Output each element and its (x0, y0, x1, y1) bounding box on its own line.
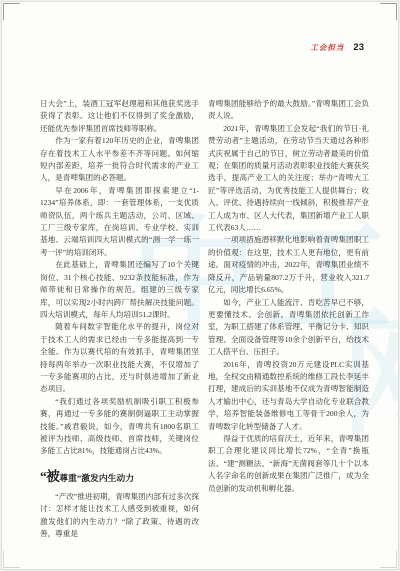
section-label: 工会担当 (310, 42, 344, 53)
body-paragraph: 2016年，青啤投资20万元建设PLC实训基地，全权交由精通数控系统的维修工段长… (208, 359, 369, 433)
corner-mark-top-left (3, 3, 20, 20)
corner-mark-bottom-right (380, 551, 397, 568)
body-paragraph: 日大会”上，装酒工冠军赵理超和其他获奖选手获得了表彰。这让他们不仅得到了奖金激励… (40, 98, 199, 135)
subhead-lead-char: “被 (40, 469, 59, 484)
running-header: 工会担当 23 (310, 42, 364, 53)
body-paragraph: 随着车间数字智能化水平的提升，岗位对于技术工人的需求已经由一专多能提高到一专全能… (40, 321, 199, 395)
corner-mark-bottom-left (3, 551, 20, 568)
subhead-rest: 尊重”激发内生动力 (59, 473, 134, 483)
body-paragraph: 早在2006年，青啤集团即探索建立“1-1234”培养体系，即：一套管理体系，一… (40, 185, 199, 259)
body-paragraph: 作为一家有着120年历史的企业，青啤集团存在着技术工人水平参差不齐等问题。如何缩… (40, 135, 199, 185)
left-column: 日大会”上，装酒工冠军赵理超和其他获奖选手获得了表彰。这让他们不仅得到了奖金激励… (40, 98, 199, 540)
body-paragraph: “产改”推进初期，青啤集团内部有过多次探讨：怎样才能让技术工人感受到被重视，如何… (40, 491, 199, 541)
body-paragraph: 得益于优质的培育沃土，近年来，青啤集团职工合理化建议同比增长72%，“全青”换瓶… (208, 433, 369, 495)
body-paragraph: 青啤集团能够给予的最大鼓励。”青啤集团工会负责人说。 (208, 98, 369, 123)
magazine-page: 工会担当 23 中工 网 日大会”上，装酒工冠军赵理超和其他获奖选手获得了表彰。… (1, 1, 399, 570)
page-number: 23 (353, 42, 364, 53)
body-paragraph: 一项项措施潜移默化地影响着青啤集团职工的价值观：在这里，技术工人更有地位，更有前… (208, 234, 369, 296)
corner-mark-top-right (380, 3, 397, 20)
body-paragraph: 如今，产业工人能流汗、肯吃苦早已不够，更要懂技术、会创新。青啤集团依托创新工作室… (208, 297, 369, 359)
body-paragraph: 在此基础上，青啤集团还编写了10个关键岗位、31个核心技能、9232条技能标准，… (40, 259, 199, 321)
body-paragraph: 2021年，青啤集团工会发起“我们的节日·礼赞劳动者”主题活动，在劳动节当天通过… (208, 123, 369, 235)
body-paragraph: “我们通过各项奖励机制吸引职工积极参赛，再通过一专多能的赛制倒逼职工主动掌握技能… (40, 396, 199, 458)
right-column: 青啤集团能够给予的最大鼓励。”青啤集团工会负责人说。 2021年，青啤集团工会发… (208, 98, 369, 495)
section-subhead: “被尊重”激发内生动力 (40, 469, 199, 486)
